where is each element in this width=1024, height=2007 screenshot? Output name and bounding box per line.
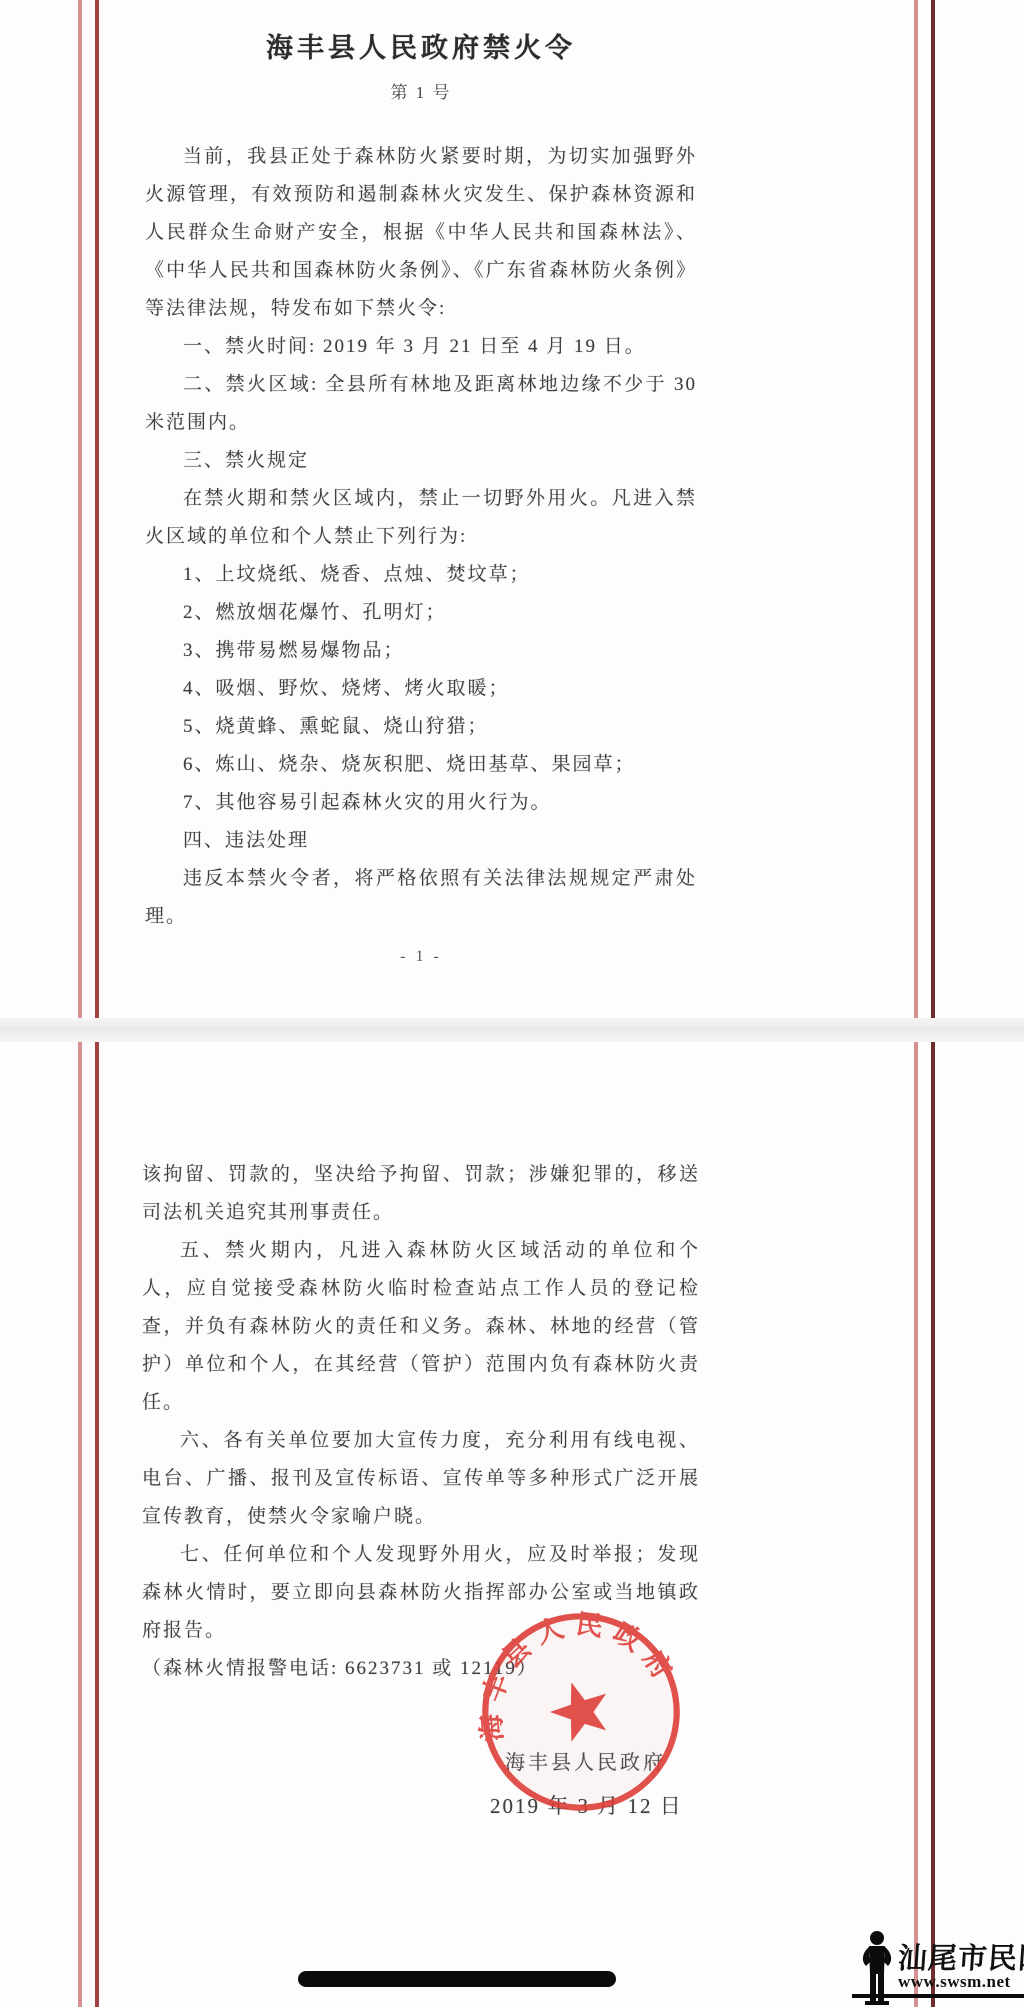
document-paragraph: 该拘留、罚款的，坚决给予拘留、罚款；涉嫌犯罪的，移送司法机关追究其刑事责任。	[142, 1156, 700, 1232]
progress-handle-bar[interactable]	[298, 1971, 616, 1987]
document-number: 第 1 号	[145, 78, 697, 103]
document-paragraph: 六、各有关单位要加大宣传力度，充分利用有线电视、电台、广播、报刊及宣传标语、宣传…	[142, 1422, 700, 1536]
document-paragraph: 2、燃放烟花爆竹、孔明灯；	[145, 594, 697, 632]
left-inner-red-rule	[95, 0, 99, 2007]
document-paragraph: 5、烧黄蜂、熏蛇鼠、烧山狩猎；	[145, 708, 697, 746]
document-paragraph: 违反本禁火令者，将严格依照有关法律法规规定严肃处理。	[145, 860, 697, 936]
page-break-shadow	[0, 1018, 1024, 1042]
document-paragraph: 3、携带易燃易爆物品；	[145, 632, 697, 670]
document-paragraph: 四、违法处理	[145, 822, 697, 860]
document-photo: 海丰县人民政府禁火令 第 1 号 当前，我县正处于森林防火紧要时期，为切实加强野…	[0, 0, 1024, 2007]
document-paragraph: 6、炼山、烧杂、烧灰积肥、烧田基草、果园草；	[145, 746, 697, 784]
watermark-site-url: www.swsm.net	[898, 1972, 1024, 1992]
watermark-underline	[852, 1994, 1024, 1998]
watermark-site-name: 汕尾市民网	[897, 1936, 1024, 1977]
document-paragraph: 二、禁火区域: 全县所有林地及距离林地边缘不少于 30 米范围内。	[145, 366, 697, 442]
page-number-marker: - 1 -	[145, 948, 697, 966]
left-outer-red-rule	[78, 0, 82, 2007]
site-watermark: 汕尾市民网 www.swsm.net	[858, 1928, 1024, 2007]
document-paragraph: 三、禁火规定	[145, 442, 697, 480]
document-paragraph: 一、禁火时间: 2019 年 3 月 21 日至 4 月 19 日。	[145, 328, 697, 366]
page1-body: 当前，我县正处于森林防火紧要时期，为切实加强野外火源管理，有效预防和遏制森林火灾…	[145, 138, 697, 936]
document-paragraph: 7、其他容易引起森林火灾的用火行为。	[145, 784, 697, 822]
document-paragraph: 五、禁火期内，凡进入森林防火区域活动的单位和个人，应自觉接受森林防火临时检查站点…	[142, 1232, 700, 1422]
right-inner-red-rule	[914, 0, 918, 2007]
document-paragraph: 1、上坟烧纸、烧香、点烛、焚坟草；	[145, 556, 697, 594]
document-paragraph: 4、吸烟、野炊、烧烤、烤火取暖；	[145, 670, 697, 708]
right-outer-red-rule	[931, 0, 935, 2007]
document-paragraph: 当前，我县正处于森林防火紧要时期，为切实加强野外火源管理，有效预防和遏制森林火灾…	[145, 138, 697, 328]
document-paragraph: 在禁火期和禁火区域内，禁止一切野外用火。凡进入禁火区域的单位和个人禁止下列行为:	[145, 480, 697, 556]
document-title: 海丰县人民政府禁火令	[145, 26, 697, 65]
